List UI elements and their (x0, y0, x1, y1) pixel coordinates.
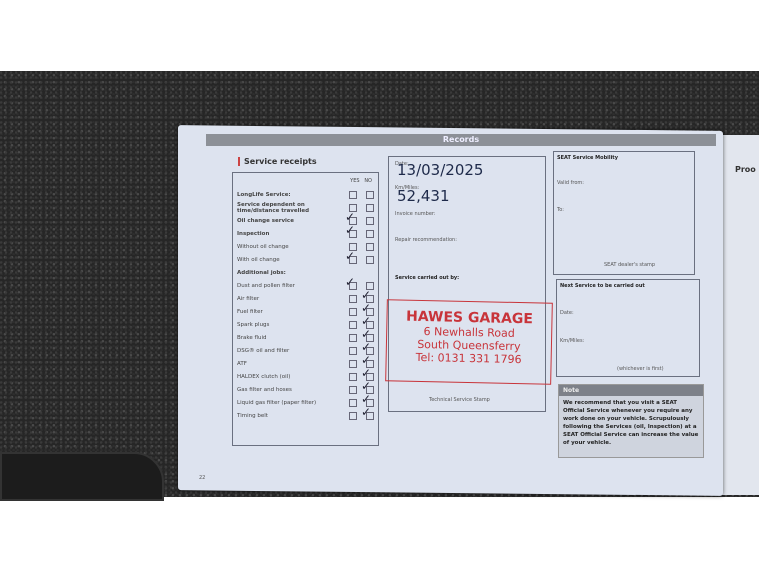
check-mark-icon: ✓ (361, 288, 371, 302)
check-mark-icon: ✓ (361, 405, 371, 419)
service-receipts-title: Service receipts (238, 157, 317, 166)
km-value: 52,431 (397, 187, 450, 205)
note-box: Note We recommend that you visit a SEAT … (558, 384, 704, 458)
check-mark-icon: ✓ (345, 223, 355, 237)
stamp-caption: Technical Service Stamp (429, 397, 490, 403)
checklist-row: Gas filter and hoses (237, 384, 374, 396)
row-label: Air filter (237, 296, 340, 302)
no-checkbox[interactable] (366, 217, 374, 225)
row-label: Brake fluid (237, 335, 340, 341)
row-label: Inspection (237, 231, 340, 237)
row-label: Oil change service (237, 218, 340, 224)
next-service-title: Next Service to be carried out (560, 283, 645, 289)
row-label: DSG® oil and filter (237, 348, 340, 354)
row-label: Without oil change (237, 244, 340, 250)
row-label: Liquid gas filter (paper filter) (237, 400, 340, 406)
dealer-stamp-label: SEAT dealer's stamp (604, 262, 655, 268)
whichever-note: (whichever is first) (617, 366, 664, 372)
check-mark-icon: ✓ (361, 392, 371, 406)
check-mark-icon: ✓ (361, 314, 371, 328)
row-label: Service dependent on time/distance trave… (237, 202, 340, 214)
yes-checkbox[interactable] (349, 295, 357, 303)
no-checkbox[interactable] (366, 204, 374, 212)
yes-checkbox[interactable] (349, 386, 357, 394)
next-date-label: Date: (560, 310, 574, 316)
checklist-row: Air filter (237, 293, 374, 305)
checklist-row: Liquid gas filter (paper filter) (237, 397, 374, 409)
mobility-title: SEAT Service Mobility (557, 155, 618, 161)
invoice-label: Invoice number: (395, 211, 436, 217)
note-body: We recommend that you visit a SEAT Offic… (559, 396, 703, 450)
next-km-label: Km/Miles: (560, 338, 584, 344)
page-number: 22 (199, 475, 205, 481)
row-label: ATF (237, 361, 340, 367)
yes-checkbox[interactable] (349, 347, 357, 355)
row-label: LongLife Service: (237, 192, 340, 198)
checklist-row: Timing belt (237, 410, 374, 422)
yes-checkbox[interactable] (349, 321, 357, 329)
check-mark-icon: ✓ (345, 275, 355, 289)
yes-checkbox[interactable] (349, 334, 357, 342)
yes-checkbox[interactable] (349, 308, 357, 316)
repair-label: Repair recommendation: (395, 237, 457, 243)
stamp-name: HAWES GARAGE (387, 308, 551, 327)
checklist-row: HALDEX clutch (oil) (237, 371, 374, 383)
checklist-row: ATF (237, 358, 374, 370)
row-label: Fuel filter (237, 309, 340, 315)
yes-checkbox[interactable] (349, 191, 357, 199)
check-mark-icon: ✓ (361, 379, 371, 393)
checklist-row: Brake fluid (237, 332, 374, 344)
stamp-tel: Tel: 0131 331 1796 (387, 350, 551, 366)
check-mark-icon: ✓ (361, 301, 371, 315)
service-checklist: YES NO LongLife Service:Service dependen… (232, 172, 379, 446)
records-header: Records (206, 134, 716, 146)
to-label: To: (557, 207, 564, 213)
carried-label: Service carried out by: (395, 275, 459, 281)
yes-checkbox[interactable] (349, 412, 357, 420)
yes-no-header: YES NO (350, 178, 372, 184)
check-mark-icon: ✓ (361, 327, 371, 341)
date-value: 13/03/2025 (397, 161, 483, 179)
row-label: Dust and pollen filter (237, 283, 340, 289)
row-label: With oil change (237, 257, 340, 263)
checklist-row: Spark plugs (237, 319, 374, 331)
check-mark-icon: ✓ (361, 353, 371, 367)
row-label: Spark plugs (237, 322, 340, 328)
yes-checkbox[interactable] (349, 399, 357, 407)
garage-stamp: HAWES GARAGE 6 Newhalls Road South Queen… (385, 299, 553, 384)
check-mark-icon: ✓ (361, 366, 371, 380)
mobility-box: SEAT Service Mobility Valid from: To: SE… (553, 151, 695, 275)
row-label: Gas filter and hoses (237, 387, 340, 393)
check-mark-icon: ✓ (345, 249, 355, 263)
dark-object (0, 452, 164, 501)
check-mark-icon: ✓ (345, 210, 355, 224)
no-checkbox[interactable] (366, 243, 374, 251)
checklist-row: DSG® oil and filter (237, 345, 374, 357)
check-mark-icon: ✓ (361, 340, 371, 354)
no-checkbox[interactable] (366, 191, 374, 199)
row-label: HALDEX clutch (oil) (237, 374, 340, 380)
yes-checkbox[interactable] (349, 373, 357, 381)
valid-from-label: Valid from: (557, 180, 584, 186)
checklist-row: LongLife Service: (237, 189, 374, 201)
checklist-row: Fuel filter (237, 306, 374, 318)
next-service-box: Next Service to be carried out Date: Km/… (556, 279, 700, 377)
row-label: Timing belt (237, 413, 340, 419)
no-checkbox[interactable] (366, 230, 374, 238)
right-page-title: Proo (735, 165, 756, 174)
no-checkbox[interactable] (366, 256, 374, 264)
note-title: Note (559, 385, 703, 396)
yes-checkbox[interactable] (349, 360, 357, 368)
